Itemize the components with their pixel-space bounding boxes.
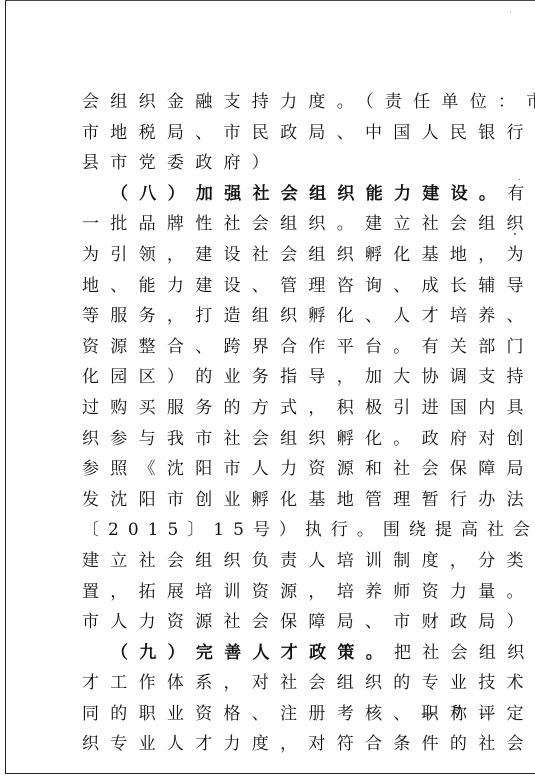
text-run: 把社会组织人才工作纳入全市人 (394, 643, 535, 663)
text-line: 市地税局、市民政局、中国人民银行沈阳分行营管部及各区 (82, 118, 486, 149)
text-line: 建立社会组织负责人培训制度，分类开展培训，优化课程设 (82, 546, 486, 577)
scan-speck (510, 11, 511, 12)
text-line: 县市党委政府） (82, 148, 486, 179)
page-number: — 7 — (421, 704, 501, 722)
section-heading-9: （九）完善人才政策。 (111, 643, 394, 663)
text-line: 织参与我市社会组织孵化。政府对创业孵化基地的扶持政策 (82, 424, 486, 455)
text-line: 参照《沈阳市人力资源和社会保障局、沈阳市财政局关于印 (82, 454, 486, 485)
text-line: 置，拓展培训资源，培养师资力量。（责任单位：市民政局、 (82, 577, 486, 608)
text-line: 发沈阳市创业孵化基地管理暂行办法的通知》（沈人社发 (82, 485, 486, 516)
scan-speck (514, 233, 516, 235)
text-line: 才工作体系，对社会组织的专业技术人员执行与相关行业相 (82, 668, 486, 699)
section-heading-line-9: （九）完善人才政策。把社会组织人才工作纳入全市人 (82, 638, 486, 669)
text-line: 〔2015〕15号）执行。围绕提高社会组织和从业人员能力， (82, 515, 486, 546)
text-line: 过购买服务的方式，积极引进国内具有知名度的品牌社会组 (82, 393, 486, 424)
section-heading-8: （八）加强社会组织能力建设。 (111, 184, 507, 204)
text-line: 会组织金融支持力度。（责任单位：市财政局、市国税局、 (82, 87, 486, 118)
scan-speck (519, 179, 520, 180)
document-page: 会组织金融支持力度。（责任单位：市财政局、市国税局、 市地税局、市民政局、中国人… (5, 0, 535, 774)
document-body: 会组织金融支持力度。（责任单位：市财政局、市国税局、 市地税局、市民政局、中国人… (82, 87, 486, 760)
text-line: 地、能力建设、管理咨询、成长辅导、财务托管、法律咨询 (82, 271, 486, 302)
text-line: 等服务，打造组织孵化、人才培养、公益示范、公益交流、 (82, 301, 486, 332)
text-line: 资源整合、跨界合作平台。有关部门要加强对孵化基地（孵 (82, 332, 486, 363)
text-run: 有计划、有重点地扶持 (507, 184, 535, 204)
text-line: 为引领，建设社会组织孵化基地，为社会组织提供办公场 (82, 240, 486, 271)
section-heading-line-8: （八）加强社会组织能力建设。有计划、有重点地扶持 (82, 179, 486, 210)
text-line: 一批品牌性社会组织。建立社会组织孵化机制，以公益理念 (82, 209, 486, 240)
text-line: 织专业人才力度，对符合条件的社会组织专门人才按照我市 (82, 729, 486, 760)
text-line: 市人力资源社会保障局、市财政局） (82, 607, 486, 638)
text-line: 化园区）的业务指导，加大协调支持力度。有条件地区可通 (82, 362, 486, 393)
